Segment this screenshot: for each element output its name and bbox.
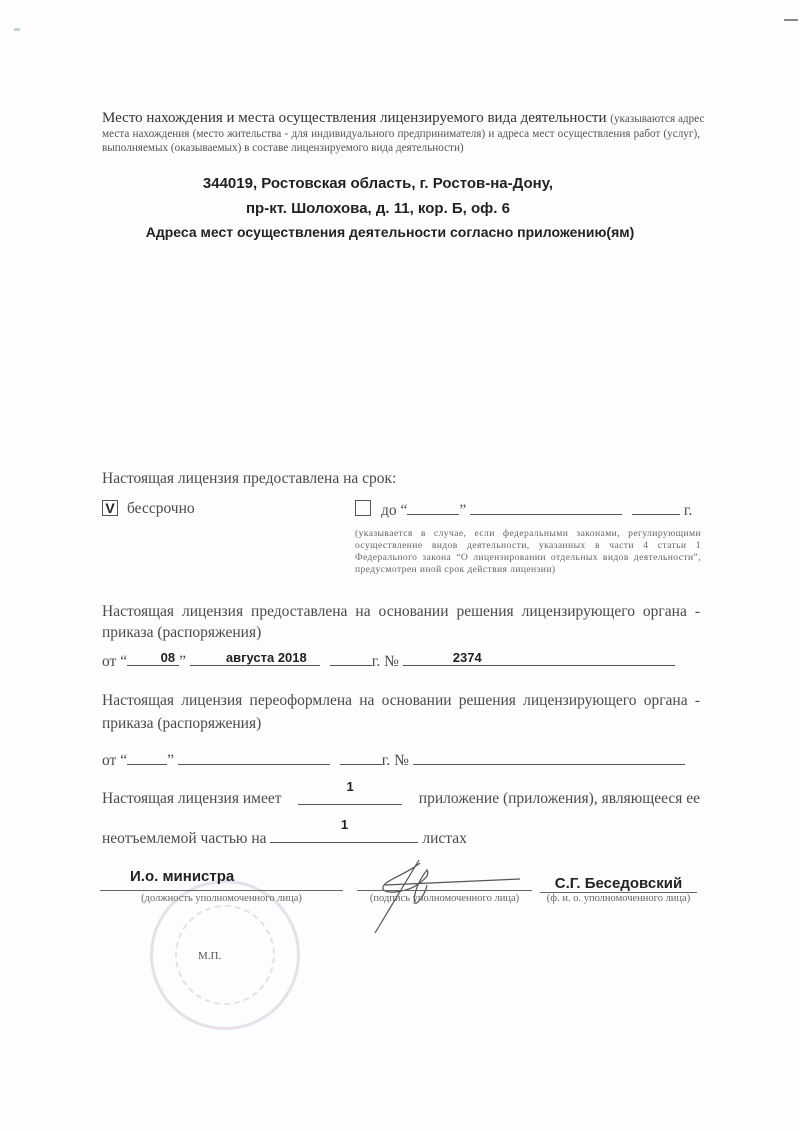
reissued-text-line2: приказа (распоряжения)	[102, 715, 261, 733]
location-heading-text: Место нахождения и места осуществления л…	[102, 110, 606, 126]
signature-line	[357, 890, 532, 891]
official-stamp-inner-ring	[175, 905, 275, 1005]
granted-day-field[interactable]: 08	[127, 651, 179, 666]
granted-number-value: 2374	[453, 650, 482, 665]
granted-quote: ”	[179, 653, 186, 670]
until-month-blank[interactable]	[470, 500, 622, 515]
term-heading: Настоящая лицензия предоставлена на срок…	[102, 470, 396, 488]
until-quote: ”	[459, 502, 466, 519]
location-heading: Место нахождения и места осуществления л…	[102, 110, 704, 127]
reissued-month-blank[interactable]	[178, 750, 330, 765]
granted-day-value: 08	[161, 650, 175, 665]
position-caption: (должность уполномоченного лица)	[100, 893, 343, 904]
signatory-name: С.Г. Беседовский	[540, 875, 697, 892]
until-year-suffix: г.	[684, 502, 692, 519]
name-caption: (ф. и. о. уполномоченного лица)	[540, 893, 697, 904]
appendix-line1: Настоящая лицензия имеет 1 приложение (п…	[102, 790, 700, 808]
granted-month-value: августа 2018	[226, 650, 307, 665]
reissued-from-label: от “	[102, 752, 127, 769]
until-checkbox[interactable]	[355, 500, 371, 516]
granted-text-line1: Настоящая лицензия предоставлена на осно…	[102, 603, 700, 621]
granted-number-label: г. №	[372, 653, 399, 670]
reissued-number-label: г. №	[382, 752, 409, 769]
until-year-blank[interactable]	[632, 500, 680, 515]
sheet-count-value: 1	[270, 817, 418, 832]
until-day-blank[interactable]	[407, 500, 459, 515]
reissued-quote: ”	[167, 752, 174, 769]
sheets-prefix: неотъемлемой частью на	[102, 830, 267, 847]
address-line-1: 344019, Ростовская область, г. Ростов-на…	[0, 175, 778, 192]
until-date-field: до “” г.	[381, 500, 692, 520]
scan-corner-mark	[784, 19, 798, 21]
unlimited-label: бессрочно	[127, 500, 195, 518]
address-line-3: Адреса мест осуществления деятельности с…	[0, 224, 790, 240]
term-note: (указывается в случае, если федеральными…	[355, 528, 701, 576]
until-label: до “	[381, 502, 407, 519]
location-heading-note: (указываются адрес	[610, 113, 704, 125]
scan-speck	[14, 28, 20, 31]
appendix-count-field[interactable]: 1	[298, 790, 402, 805]
appendix-line2: неотъемлемой частью на 1 листах	[102, 828, 467, 848]
signatory-position: И.о. министра	[130, 868, 234, 885]
stamp-place-label: М.П.	[198, 950, 221, 962]
position-line	[100, 890, 343, 891]
checkmark-v: V	[105, 500, 114, 516]
appendix-prefix: Настоящая лицензия имеет	[102, 790, 281, 808]
granted-from-label: от “	[102, 653, 127, 670]
appendix-suffix: приложение (приложения), являющееся ее	[419, 790, 700, 808]
address-line-2: пр-кт. Шолохова, д. 11, кор. Б, оф. 6	[0, 200, 778, 217]
granted-text-line2: приказа (распоряжения)	[102, 624, 261, 642]
reissued-date-row: от “” г. №	[102, 750, 685, 770]
reissued-number-blank[interactable]	[413, 750, 685, 765]
reissued-day-blank[interactable]	[127, 750, 167, 765]
granted-number-field[interactable]: 2374	[403, 651, 675, 666]
unlimited-checkbox[interactable]: V	[102, 500, 118, 516]
appendix-count-value: 1	[298, 779, 402, 794]
granted-year-blank[interactable]	[330, 651, 372, 666]
sheets-suffix: листах	[422, 830, 467, 847]
location-note-line3: выполняемых (оказываемых) в составе лице…	[102, 142, 464, 154]
sheet-count-field[interactable]: 1	[270, 828, 418, 843]
signature-caption: (подпись уполномоченного лица)	[357, 893, 532, 904]
granted-month-field[interactable]: августа 2018	[190, 651, 320, 666]
location-note-line2: места нахождения (место жительства - для…	[102, 128, 700, 140]
granted-date-row: от “08” августа 2018 г. № 2374	[102, 651, 675, 671]
reissued-text-line1: Настоящая лицензия переоформлена на осно…	[102, 692, 700, 710]
reissued-year-blank[interactable]	[340, 750, 382, 765]
